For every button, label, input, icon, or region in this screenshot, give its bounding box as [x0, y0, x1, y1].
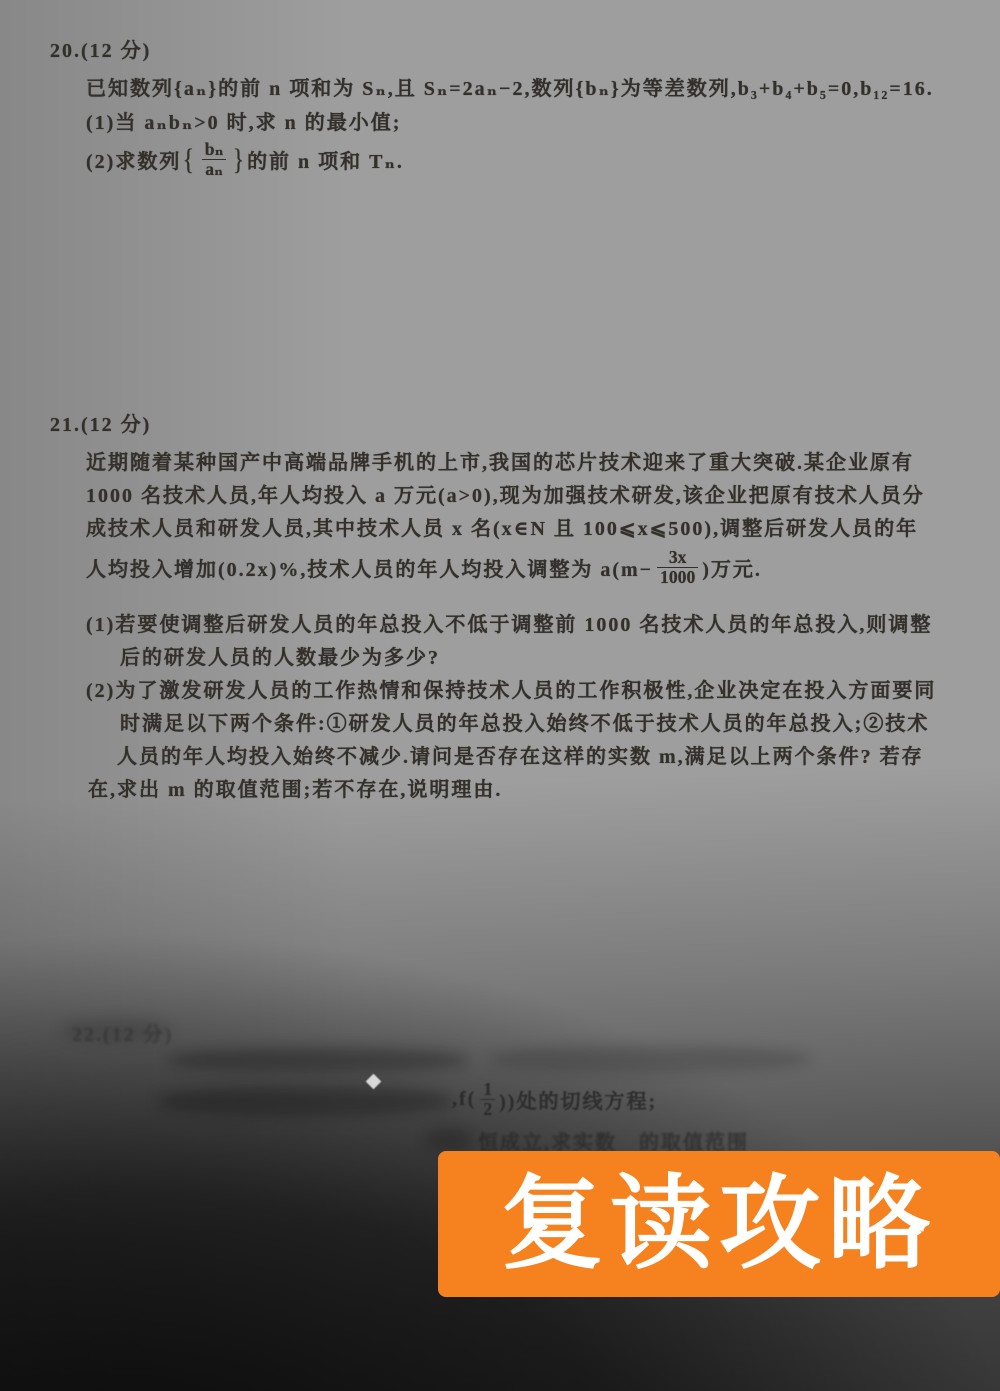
fraction-numerator: bₙ — [202, 140, 227, 159]
fraction-numerator: 3x — [666, 548, 690, 567]
q21-number: 21.(12 分) — [50, 408, 151, 437]
q20-part2-brace-open: { — [183, 143, 196, 177]
q20-part2: (2)求数列 { bₙ aₙ } 的前 n 项和 Tₙ. — [86, 140, 404, 179]
q21-body-line2: 1000 名技术人员,年人均投入 a 万元(a>0),现为加强技术研发,该企业把… — [86, 479, 925, 508]
q20-intro: 已知数列{aₙ}的前 n 项和为 Sₙ,且 Sₙ=2aₙ−2,数列{bₙ}为等差… — [86, 72, 934, 101]
q21-body-line4: 人均投入增加(0.2x)%,技术人员的年人均投入调整为 a(m− 3x 1000… — [86, 548, 762, 587]
q20-part2-brace-close: } — [232, 143, 245, 177]
q20-part2-prefix: (2)求数列 — [86, 145, 181, 174]
q21-part2-line4: 在,求出 m 的取值范围;若不存在,说明理由. — [88, 773, 502, 802]
promo-banner: 复读攻略 — [438, 1151, 1000, 1297]
ink-smudge — [60, 1018, 170, 1042]
ink-smudge — [168, 1048, 468, 1072]
q21-part2-line1: (2)为了激发研发人员的工作热情和保持技术人员的工作积极性,企业决定在投入方面要… — [86, 674, 936, 703]
q22-tangent-line-faint: ,f( 1 2 ))处的切线方程; — [452, 1080, 657, 1119]
scanned-exam-page: 20.(12 分) 已知数列{aₙ}的前 n 项和为 Sₙ,且 Sₙ=2aₙ−2… — [0, 0, 1000, 1391]
fraction-denominator: aₙ — [202, 159, 226, 179]
fraction-one-half: 1 2 — [480, 1080, 495, 1119]
fraction-numerator: 1 — [480, 1080, 495, 1099]
q21-part1-line2: 后的研发人员的人数最少为多少? — [120, 641, 440, 670]
ink-smudge — [158, 1086, 453, 1116]
tangent-prefix: ,f( — [452, 1088, 476, 1111]
q21-part2-line3: 人员的年人均投入始终不减少.请问是否存在这样的实数 m,满足以上两个条件? 若存 — [117, 740, 924, 769]
q21-line4-suffix: )万元. — [702, 553, 762, 582]
q20-part1: (1)当 aₙbₙ>0 时,求 n 的最小值; — [86, 106, 401, 135]
q21-fraction-3x-1000: 3x 1000 — [657, 548, 698, 587]
ink-smudge — [490, 1046, 810, 1072]
q20-number: 20.(12 分) — [50, 34, 151, 63]
q21-body-line1: 近期随着某种国产中高端品牌手机的上市,我国的芯片技术迎来了重大突破.某企业原有 — [86, 446, 914, 475]
tangent-suffix: ))处的切线方程; — [499, 1085, 657, 1114]
fraction-denominator: 2 — [480, 1099, 495, 1119]
q20-fraction-bn-an: bₙ aₙ — [202, 140, 227, 179]
q21-part1-line1: (1)若要使调整后研发人员的年总投入不低于调整前 1000 名技术人员的年总投入… — [86, 608, 932, 637]
promo-banner-text: 复读攻略 — [501, 1173, 937, 1275]
q21-part2-line2: 时满足以下两个条件:①研发人员的年总投入始终不低于技术人员的年总投入;②技术 — [120, 707, 929, 736]
q21-body-line3: 成技术人员和研发人员,其中技术人员 x 名(x∈N 且 100⩽x⩽500),调… — [86, 512, 918, 541]
q21-line4-prefix: 人均投入增加(0.2x)%,技术人员的年人均投入调整为 a(m− — [86, 553, 653, 582]
q20-part2-suffix: 的前 n 项和 Tₙ. — [247, 145, 404, 174]
ink-smudge — [425, 1128, 473, 1150]
fraction-denominator: 1000 — [657, 567, 698, 587]
